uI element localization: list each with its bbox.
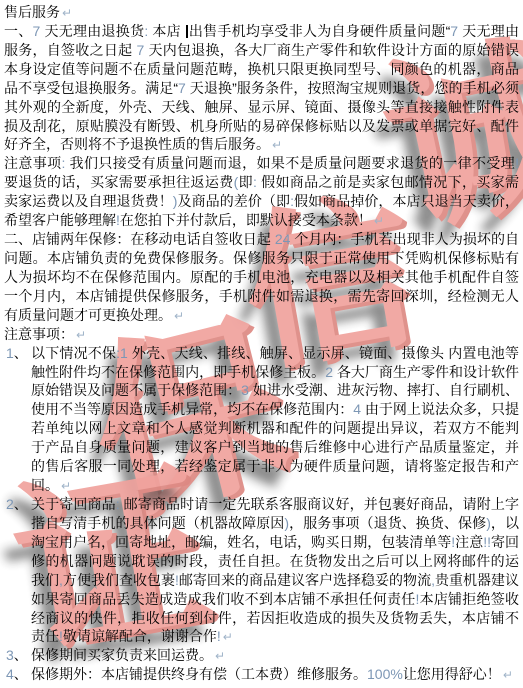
text-run: 让您用得舒心！	[403, 666, 501, 682]
paragraph-return-mark: ↵	[223, 630, 233, 644]
text-run: 的售后客服一同处理，若经鉴定属于非人为硬件质量问题，请将鉴定报告和产品一同寄	[31, 458, 519, 476]
text-run-accent: 4	[353, 401, 365, 417]
text-run: 修的机器问题说耽误的时段，责任自担。在货物发出之后可以上网将邮件的运单号告知	[31, 553, 519, 571]
text-line: 责任!敬请谅解配合，谢谢合作!↵	[4, 627, 519, 646]
text-line: 使用不当等原因造成手机异常，均不在保修范围内：4 由于网上说法众多，只提供参考，	[4, 400, 519, 419]
text-run: 及商品的差价（即	[177, 193, 290, 209]
text-line: 的售后客服一同处理，若经鉴定属于非人为硬件质量问题，请将鉴定报告和产品一同寄	[4, 457, 519, 476]
text-line: 2、关于寄回商品: 邮寄商品时请一定先联系客服商议好，并包裹好商品，请附上字条用…	[4, 495, 519, 514]
text-line: 如果寄回商品丢失造成造成我们收不到本店铺不承担任何责任!本店铺拒绝签收任何未	[4, 590, 519, 609]
text-run: 方便我们查收包裹	[63, 572, 175, 588]
text-line: 问题。本店铺负责的免费保修服务。保修服务只限于正常使用下凭购机保修标贴有效。一切	[4, 249, 519, 268]
text-run: 一、	[4, 23, 33, 39]
text-run: 淘宝用户名，回寄地址，邮编，姓名，电话，购买日期，包装清单等	[31, 534, 451, 550]
text-line: 若单纯以网上文章和个人感觉判断机器和配件的问题提出异议，若双方不能判定是否属	[4, 419, 519, 438]
paragraph-return-mark: ↵	[61, 479, 71, 493]
text-run: 即	[238, 174, 253, 190]
document-page[interactable]: 诚信保证 售后服务↵ 一、7 天无理由退换货: 本店 出售手机均享受非人为自身硬…	[0, 0, 523, 688]
text-run-accent: 7	[178, 80, 190, 96]
paragraph-return-mark: ↵	[503, 668, 513, 682]
text-run: 要退货的话，买家需要承担往返运费	[4, 174, 234, 190]
text-run: 本身设定值等问题不在质量问题范畴，换机只限更换同型号、同颜色的机器，商品促销赠送	[4, 61, 519, 79]
text-run: 有质量问题才可更换处理。	[4, 307, 172, 323]
text-run: 二、店铺两年保修：在移动电话自签收日起	[4, 231, 275, 247]
paragraph-return-mark: ↵	[272, 138, 282, 152]
text-run-accent: 7	[450, 23, 462, 39]
text-run: 原始错误及问题不属于保修范围：	[31, 382, 241, 398]
document-text[interactable]: 售后服务↵ 一、7 天无理由退换货: 本店 出售手机均享受非人为自身硬件质量问题…	[4, 3, 519, 684]
text-run-accent: 100%	[367, 666, 403, 682]
text-run: 回。	[31, 477, 59, 493]
text-run-accent: !	[515, 155, 519, 171]
text-run: 触性附件均不在保修范围内，即手机保修主板。	[31, 364, 325, 380]
paragraph-return-mark: ↵	[174, 309, 184, 323]
text-line: 其外观的全新度，外壳、天线、触屏、显示屏、镜面、摄像头等直接接触性附件表面无被磨	[4, 98, 519, 117]
page-title-line: 售后服务↵	[4, 3, 519, 22]
text-run: 希望客户能够理解	[4, 212, 116, 228]
text-line: 揩自写清手机的具体问题（机器故障原因)，服务事项（退货、换货、保修)，以及您的	[4, 514, 519, 533]
text-run-accent: :1	[116, 345, 128, 361]
text-run-accent: 7	[137, 42, 149, 58]
text-run: 好齐全，否则将不予退换性质的售后服务。	[4, 136, 270, 152]
list-number: 2、	[6, 495, 28, 514]
text-run: 关于寄回商品	[31, 496, 116, 512]
text-line: 修的机器问题说耽误的时段，责任自担。在货物发出之后可以上网将邮件的运单号告知	[4, 552, 519, 571]
list-number: 4、	[6, 665, 28, 684]
text-line: 二、店铺两年保修：在移动电话自签收日起 24 个月内：手机若出现非人为损坏的自身…	[4, 230, 519, 249]
text-run-accent: !	[217, 628, 221, 644]
text-run: 损及刮花，原贴膜没有断毁、机身所贴的易碎保修标贴以及发票或单据完好、配件与包装完	[4, 118, 519, 136]
paragraph-return-mark: ↵	[374, 214, 384, 228]
text-line: 淘宝用户名，回寄地址，邮编，姓名，电话，购买日期，包装清单等!注意!!寄回深圳保	[4, 533, 519, 552]
text-line: 好齐全，否则将不予退换性质的售后服务。↵	[4, 135, 519, 154]
text-line: 希望客户能够理解!在您拍下并付款后，即默认接受本条款！↵	[4, 211, 519, 230]
text-run-accent: !!	[483, 534, 491, 550]
text-cursor	[186, 25, 188, 38]
text-line: 触性附件均不在保修范围内，即手机保修主板。2 各大厂商生产零件和设计软件方面的	[4, 363, 519, 382]
text-run-accent: :	[253, 174, 261, 190]
text-run: 本店	[152, 23, 185, 39]
text-line: 我们,方便我们查收包裹!邮寄回来的商品建议客户选择稳妥的物流,贵重机器建议保价,	[4, 571, 519, 590]
text-run-accent: 2	[325, 364, 337, 380]
paragraph-return-mark: ↵	[76, 328, 86, 342]
text-run: ，服务事项（退货、换货、保修	[289, 515, 486, 531]
text-run: 我们只接受有质量问题而退，如果不是质量问题要求退货的一律不受理	[70, 155, 515, 171]
text-line: 人为损坏均不在保修范围内。原配的手机电池，充电器以及相关其他手机配件自签收之日起	[4, 268, 519, 287]
text-line: 有质量问题才可更换处理。↵	[4, 306, 519, 325]
text-run: 天无理由退换货	[44, 23, 144, 39]
text-line: 要退货的话，买家需要承担往返运费(即: 假如商品之前是卖家包邮情况下，买家需要补…	[4, 173, 519, 192]
text-line: 品不享受包退换服务。满足“7 天退换”服务条件，按照淘宝规则退货，您的手机必须保…	[4, 79, 519, 98]
text-run: 出售手机均享受非人为自身硬件质量问题“	[189, 23, 451, 39]
text-run: 人为损坏均不在保修范围内。原配的手机电池，充电器以及相关其他手机配件自签收之日起	[4, 269, 519, 287]
text-run: 在您拍下并付款后，即默认接受本条款！	[120, 212, 372, 228]
list-number: 3、	[6, 646, 28, 665]
text-line: 损及刮花，原贴膜没有断毁、机身所贴的易碎保修标贴以及发票或单据完好、配件与包装完	[4, 117, 519, 136]
text-run: 保修期外：本店铺提供终身有偿（工本费）维修服务。	[31, 666, 367, 682]
text-run-accent: :	[61, 155, 69, 171]
text-line: 卖家运费以及自理退货费！)及商品的差价（即:假如商品掉价，本店只退当天卖价，谢谢…	[4, 192, 519, 211]
text-run: 邮寄回来的商品建议客户选择稳妥的物流	[179, 572, 431, 588]
text-run: 其外观的全新度，外壳、天线、触屏、显示屏、镜面、摄像头等直接接触性附件表面无被磨	[4, 99, 519, 117]
text-line: 注意事项：↵	[4, 325, 519, 344]
text-run: 我们	[31, 572, 59, 588]
text-run: 责任	[31, 628, 59, 644]
text-run: 敬请谅解配合，谢谢合作	[63, 628, 217, 644]
text-run: 服务，自签收之日起	[4, 42, 137, 58]
text-run: 于产品自身质量问题，建议客户到当地的售后维修中心进行产品质量鉴定，并联系我们	[31, 439, 519, 457]
text-run-accent: 3	[241, 382, 253, 398]
text-line: 注意事项: 我们只接受有质量问题而退，如果不是质量问题要求退货的一律不受理! 假…	[4, 154, 519, 173]
text-line: 于产品自身质量问题，建议客户到当地的售后维修中心进行产品质量鉴定，并联系我们	[4, 438, 519, 457]
paragraph-return-mark: ↵	[62, 6, 72, 20]
text-run: 卖家运费以及自理退货费！	[4, 193, 173, 209]
text-run-accent: 24	[275, 231, 295, 247]
text-line: 服务，自签收之日起 7 天内包退换，各大厂商生产零件和软件设计方面的原始错误以及…	[4, 41, 519, 60]
text-run: 保修期间买家负责来回运费。	[31, 647, 213, 663]
text-line: 一、7 天无理由退换货: 本店 出售手机均享受非人为自身硬件质量问题“7 天无理…	[4, 22, 519, 41]
text-line: 原始错误及问题不属于保修范围：3 如进水受潮、进灰污物、摔打、自行刷机、升级、	[4, 381, 519, 400]
text-line: 4、保修期外：本店铺提供终身有偿（工本费）维修服务。100%让您用得舒心！↵	[4, 665, 519, 684]
text-run: 若单纯以网上文章和个人感觉判断机器和配件的问题提出异议，若双方不能判定是否属	[31, 420, 519, 438]
text-line: 经商议的快件，拒收任何到付件，若因拒收造成的损失及货物丢失，本店铺不承担任何	[4, 609, 519, 628]
text-run: 注意	[455, 534, 483, 550]
list-number: 1、	[6, 344, 28, 363]
page-title: 售后服务	[4, 4, 60, 20]
text-run: 注意事项：	[4, 326, 74, 342]
text-run: 品不享受包退换服务。满足“	[4, 80, 178, 96]
text-run: 如果寄回商品丢失造成造成我们收不到本店铺不承担任何责任	[31, 591, 415, 607]
text-run: 揩自写清手机的具体问题（机器故障原因	[31, 515, 284, 531]
text-run: 经商议的快件，拒收任何到付件，若因拒收造成的损失及货物丢失，本店铺不承担任何	[31, 610, 519, 628]
text-line: 一个月内，本店铺提供保修服务，手机附件如需退换，需先寄回深圳，经检测无人为损坏，	[4, 287, 519, 306]
paragraph-return-mark: ↵	[215, 649, 225, 663]
text-line: 本身设定值等问题不在质量问题范畴，换机只限更换同型号、同颜色的机器，商品促销赠送	[4, 60, 519, 79]
text-run: 一个月内，本店铺提供保修服务，手机附件如需退换，需先寄回深圳，经检测无人为损坏，	[4, 288, 519, 306]
text-line: 1、以下情况不保:1 外壳、天线、排线、触屏、显示屏、镜面、摄像头 内置电池等直…	[4, 344, 519, 363]
text-run-accent: :	[116, 496, 124, 512]
text-run: 问题。本店铺负责的免费保修服务。保修服务只限于正常使用下凭购机保修标贴有效。一切	[4, 250, 519, 268]
text-line: 3、保修期间买家负责来回运费。↵	[4, 646, 519, 665]
text-line: 回。↵	[4, 476, 519, 495]
text-run: 注意事项	[4, 155, 61, 171]
text-run: 以下情况不保	[31, 345, 116, 361]
text-run-accent: 7	[33, 23, 45, 39]
text-run: 使用不当等原因造成手机异常，均不在保修范围内：	[31, 401, 353, 417]
